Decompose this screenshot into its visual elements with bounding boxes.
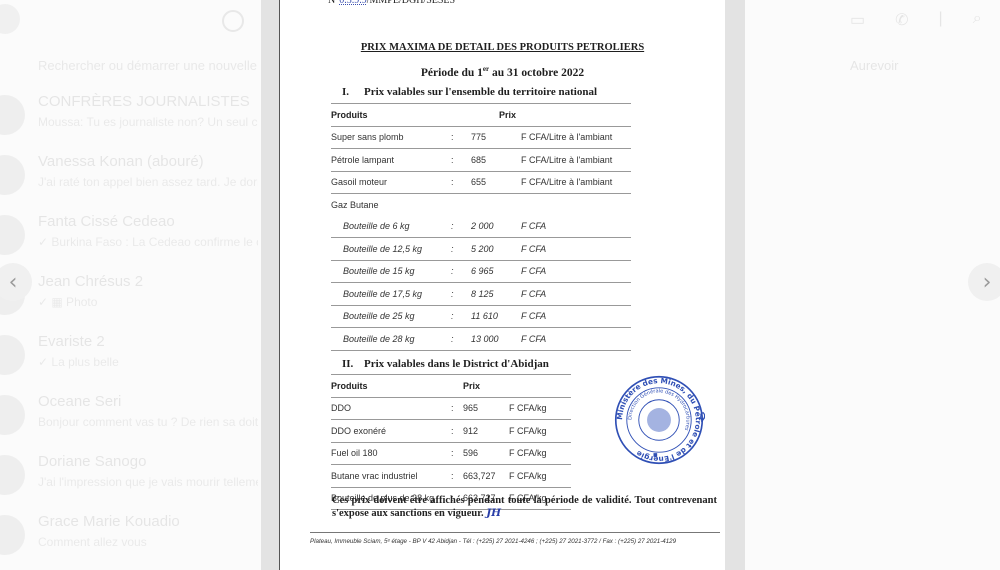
table-row: Bouteille de 12,5 kg:5 200F CFA xyxy=(331,238,631,261)
chat-list-item[interactable]: CONFRÈRES JOURNALISTESMoussa: Tu es jour… xyxy=(0,85,262,145)
separator: : xyxy=(451,465,463,488)
separator: : xyxy=(451,171,471,194)
price-unit: F CFA/Litre à l'ambiant xyxy=(521,149,631,172)
contact-name: Doriane Sanogo xyxy=(38,453,146,470)
price-value: 8 125 xyxy=(471,283,521,306)
product-name: Fuel oil 180 xyxy=(331,442,451,465)
separator: : xyxy=(451,126,471,149)
price-value: 2 000 xyxy=(471,216,521,238)
table-row: Bouteille de 17,5 kg:8 125F CFA xyxy=(331,283,631,306)
contact-name: Vanessa Konan (abouré) xyxy=(38,153,204,170)
last-message: ✓ La plus belle xyxy=(38,355,258,369)
chat-list-item[interactable]: Vanessa Konan (abouré)J'ai raté ton appe… xyxy=(0,145,262,205)
product-name: Bouteille de 12,5 kg xyxy=(331,238,451,261)
contact-name: Evariste 2 xyxy=(38,333,105,350)
separator: : xyxy=(451,238,471,261)
search-icon[interactable]: ⌕ xyxy=(973,10,982,30)
price-unit: F CFA/kg xyxy=(509,442,571,465)
product-name: Bouteille de 17,5 kg xyxy=(331,283,451,306)
chat-list-item[interactable]: Oceane SeriBonjour comment vas tu ? De r… xyxy=(0,385,262,445)
abidjan-prices-table: ProduitsPrix DDO:965F CFA/kgDDO exonéré:… xyxy=(331,374,571,510)
section-2-heading: II.Prix valables dans le District d'Abid… xyxy=(342,358,549,370)
pinned-message: Aurevoir xyxy=(850,58,898,73)
table-row: Gasoil moteur:655F CFA/Litre à l'ambiant xyxy=(331,171,631,194)
separator: : xyxy=(451,216,471,238)
contact-name: Fanta Cissé Cedeao xyxy=(38,213,175,230)
contact-avatar xyxy=(0,215,25,255)
national-prices-table: ProduitsPrix Super sans plomb:775F CFA/L… xyxy=(331,103,631,351)
official-stamp: Ministère des Mines, du Pétrole et de l'… xyxy=(613,374,705,466)
product-name: Bouteille de 6 kg xyxy=(331,216,451,238)
table-header-row: ProduitsPrix xyxy=(331,375,571,398)
price-unit: F CFA xyxy=(521,305,631,328)
contact-name: Grace Marie Kouadio xyxy=(38,513,180,530)
table-row: DDO:965F CFA/kg xyxy=(331,397,571,420)
separator: : xyxy=(451,305,471,328)
separator: : xyxy=(451,442,463,465)
price-unit: F CFA xyxy=(521,283,631,306)
price-value: 685 xyxy=(471,149,521,172)
price-unit: F CFA/kg xyxy=(509,465,571,488)
product-name: Bouteille de 15 kg xyxy=(331,260,451,283)
product-name: DDO exonéré xyxy=(331,420,451,443)
table-row: Bouteille de 15 kg:6 965F CFA xyxy=(331,260,631,283)
table-row: DDO exonéré:912F CFA/kg xyxy=(331,420,571,443)
last-message: Bonjour comment vas tu ? De rien sa doit… xyxy=(38,415,258,429)
contact-avatar xyxy=(0,455,25,495)
chat-list-item[interactable]: Fanta Cissé Cedeao✓ Burkina Faso : La Ce… xyxy=(0,205,262,265)
separator: : xyxy=(451,328,471,351)
separator: : xyxy=(451,420,463,443)
video-icon[interactable]: ▭ xyxy=(850,10,865,30)
chat-list-item[interactable]: Grace Marie KouadioComment allez vous xyxy=(0,505,262,565)
footer-divider xyxy=(310,532,720,533)
price-value: 13 000 xyxy=(471,328,521,351)
section-1-heading: I.Prix valables sur l'ensemble du territ… xyxy=(342,86,597,98)
price-value: 655 xyxy=(471,171,521,194)
price-unit: F CFA/kg xyxy=(509,397,571,420)
document-title: PRIX MAXIMA DE DETAIL DES PRODUITS PETRO… xyxy=(280,42,725,53)
price-unit: F CFA/Litre à l'ambiant xyxy=(521,171,631,194)
table-row: Bouteille de 28 kg:13 000F CFA xyxy=(331,328,631,351)
table-row: Fuel oil 180:596F CFA/kg xyxy=(331,442,571,465)
product-name: Bouteille de 28 kg xyxy=(331,328,451,351)
document-reference: N°0.3.9.9/MMPE/DGH/SESES xyxy=(328,0,455,6)
price-unit: F CFA xyxy=(521,238,631,261)
document-period: Période du 1er au 31 octobre 2022 xyxy=(280,65,725,79)
chevron-left-icon: ‹ xyxy=(9,270,18,295)
chevron-right-icon: › xyxy=(983,270,992,295)
document-footer: Plateau, Immeuble Sciam, 5ᵉ étage - BP V… xyxy=(310,538,730,545)
chat-list-item[interactable]: Doriane SanogoJ'ai l'impression que je v… xyxy=(0,445,262,505)
product-name: DDO xyxy=(331,397,451,420)
price-unit: F CFA xyxy=(521,328,631,351)
price-value: 663,727 xyxy=(463,465,509,488)
phone-icon[interactable]: ✆ xyxy=(895,10,908,30)
table-row: Super sans plomb:775F CFA/Litre à l'ambi… xyxy=(331,126,631,149)
divider: | xyxy=(939,10,943,30)
price-unit: F CFA/kg xyxy=(509,420,571,443)
separator: : xyxy=(451,260,471,283)
conversation-header-icons: ▭ ✆ | ⌕ xyxy=(850,10,982,30)
validity-note: Ces prix doivent être affichés pendant t… xyxy=(332,494,717,520)
chat-list: Rechercher ou démarrer une nouvelle disc… xyxy=(0,0,262,570)
price-value: 596 xyxy=(463,442,509,465)
product-name: Bouteille de 25 kg xyxy=(331,305,451,328)
price-value: 5 200 xyxy=(471,238,521,261)
search-bar[interactable]: Rechercher ou démarrer une nouvelle disc… xyxy=(0,45,262,85)
last-message: J'ai raté ton appel bien assez tard. Je … xyxy=(38,175,258,189)
initials-signature: JH xyxy=(486,507,501,519)
separator: : xyxy=(451,397,463,420)
table-row: Pétrole lampant:685F CFA/Litre à l'ambia… xyxy=(331,149,631,172)
contact-name: CONFRÈRES JOURNALISTES xyxy=(38,93,250,110)
table-header-row: ProduitsPrix xyxy=(331,104,631,127)
chat-list-item[interactable]: Evariste 2✓ La plus belle xyxy=(0,325,262,385)
product-name: Butane vrac industriel xyxy=(331,465,451,488)
group-label: Gaz Butane xyxy=(331,194,631,216)
price-value: 965 xyxy=(463,397,509,420)
chat-list-item[interactable]: Jean Chrésus 2✓ ▦ Photo xyxy=(0,265,262,325)
contact-avatar xyxy=(0,95,25,135)
price-unit: F CFA xyxy=(521,260,631,283)
chat-list-header xyxy=(0,0,262,45)
table-row: Bouteille de 25 kg:11 610F CFA xyxy=(331,305,631,328)
contact-name: Jean Chrésus 2 xyxy=(38,273,143,290)
table-group-row: Gaz Butane xyxy=(331,194,631,216)
contact-avatar xyxy=(0,515,25,555)
price-unit: F CFA/Litre à l'ambiant xyxy=(521,126,631,149)
document-page: N°0.3.9.9/MMPE/DGH/SESES PRIX MAXIMA DE … xyxy=(280,0,725,570)
last-message: ✓ Burkina Faso : La Cedeao confirme le c… xyxy=(38,235,258,249)
new-chat-icon[interactable] xyxy=(222,10,244,32)
contact-avatar xyxy=(0,395,25,435)
contact-name: Oceane Seri xyxy=(38,393,121,410)
profile-avatar[interactable] xyxy=(0,4,20,34)
last-message: Moussa: Tu es journaliste non? Un seul c… xyxy=(38,115,258,129)
product-name: Super sans plomb xyxy=(331,126,451,149)
last-message: Comment allez vous xyxy=(38,535,258,549)
last-message: ✓ ▦ Photo xyxy=(38,295,258,309)
table-row: Butane vrac industriel:663,727F CFA/kg xyxy=(331,465,571,488)
last-message: J'ai l'impression que je vais mourir tel… xyxy=(38,475,258,489)
separator: : xyxy=(451,283,471,306)
contact-avatar xyxy=(0,335,25,375)
next-image-button[interactable]: › xyxy=(968,263,1000,301)
product-name: Gasoil moteur xyxy=(331,171,451,194)
separator: : xyxy=(451,149,471,172)
price-unit: F CFA xyxy=(521,216,631,238)
price-value: 6 965 xyxy=(471,260,521,283)
contact-avatar xyxy=(0,155,25,195)
price-value: 775 xyxy=(471,126,521,149)
price-value: 912 xyxy=(463,420,509,443)
price-value: 11 610 xyxy=(471,305,521,328)
product-name: Pétrole lampant xyxy=(331,149,451,172)
table-row: Bouteille de 6 kg:2 000F CFA xyxy=(331,216,631,238)
